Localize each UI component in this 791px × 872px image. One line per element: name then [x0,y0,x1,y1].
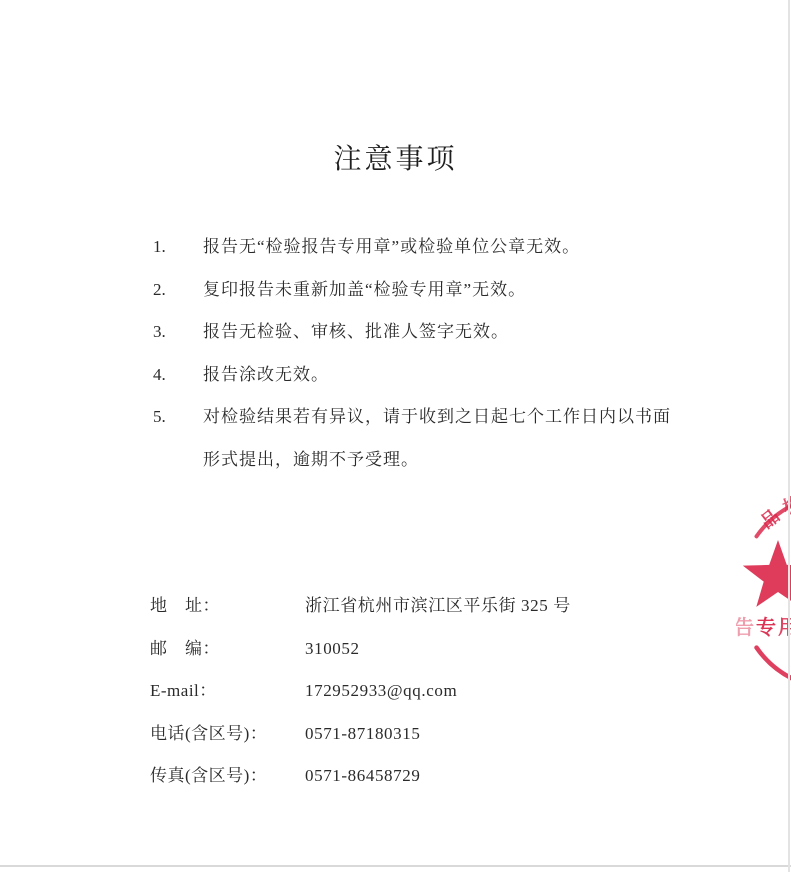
note-item-1: 1. 报告无“检验报告专用章”或检验单位公章无效。 [153,226,673,269]
note-number: 5. [153,396,203,439]
note-number: 1. [153,226,203,269]
note-item-4: 4. 报告涂改无效。 [153,354,673,397]
note-text: 报告无“检验报告专用章”或检验单位公章无效。 [203,226,671,269]
note-item-5: 5. 对检验结果若有异议，请于收到之日起七个工作日内以书面形式提出，逾期不予受理… [153,396,673,481]
note-text: 对检验结果若有异议，请于收到之日起七个工作日内以书面形式提出，逾期不予受理。 [203,396,671,481]
phone-label: 电话(含区号)： [150,713,305,756]
email-label: E-mail： [150,670,305,713]
stamp-ring-bottom-arc [757,648,791,682]
contact-block: 地 址： 浙江省杭州市滨江区平乐街 325 号 邮 编： 310052 E-ma… [150,585,710,798]
note-item-3: 3. 报告无检验、审核、批准人签字无效。 [153,311,673,354]
fax-value: 0571-86458729 [305,755,710,798]
stamp-icon: 品 检 告专用 [736,486,791,698]
page-title: 注意事项 [0,142,791,178]
note-number: 3. [153,311,203,354]
note-text: 复印报告未重新加盖“检验专用章”无效。 [203,269,671,312]
document-page: 注意事项 1. 报告无“检验报告专用章”或检验单位公章无效。 2. 复印报告未重… [0,0,791,872]
contact-row-email: E-mail： 172952933@qq.com [150,670,710,713]
note-number: 4. [153,354,203,397]
address-value: 浙江省杭州市滨江区平乐街 325 号 [305,585,710,628]
note-item-2: 2. 复印报告未重新加盖“检验专用章”无效。 [153,269,673,312]
contact-row-phone: 电话(含区号)： 0571-87180315 [150,713,710,756]
note-number: 2. [153,269,203,312]
stamp-row-text: 告专用 [736,615,791,639]
notes-list: 1. 报告无“检验报告专用章”或检验单位公章无效。 2. 复印报告未重新加盖“检… [153,226,673,482]
contact-row-fax: 传真(含区号)： 0571-86458729 [150,755,710,798]
postcode-label: 邮 编： [150,628,305,671]
contact-row-address: 地 址： 浙江省杭州市滨江区平乐街 325 号 [150,585,710,628]
page-right-edge [788,0,790,872]
page-bottom-edge [0,865,791,867]
stamp-star-icon [743,540,791,607]
contact-row-postcode: 邮 编： 310052 [150,628,710,671]
red-seal-stamp: 品 检 告专用 [736,486,791,698]
note-text: 报告涂改无效。 [203,354,671,397]
fax-label: 传真(含区号)： [150,755,305,798]
note-text: 报告无检验、审核、批准人签字无效。 [203,311,671,354]
address-label: 地 址： [150,585,305,628]
phone-value: 0571-87180315 [305,713,710,756]
stamp-row-char-1: 告 [736,615,756,639]
postcode-value: 310052 [305,628,710,671]
stamp-row-char-2: 专 [756,615,778,639]
email-value: 172952933@qq.com [305,670,710,713]
